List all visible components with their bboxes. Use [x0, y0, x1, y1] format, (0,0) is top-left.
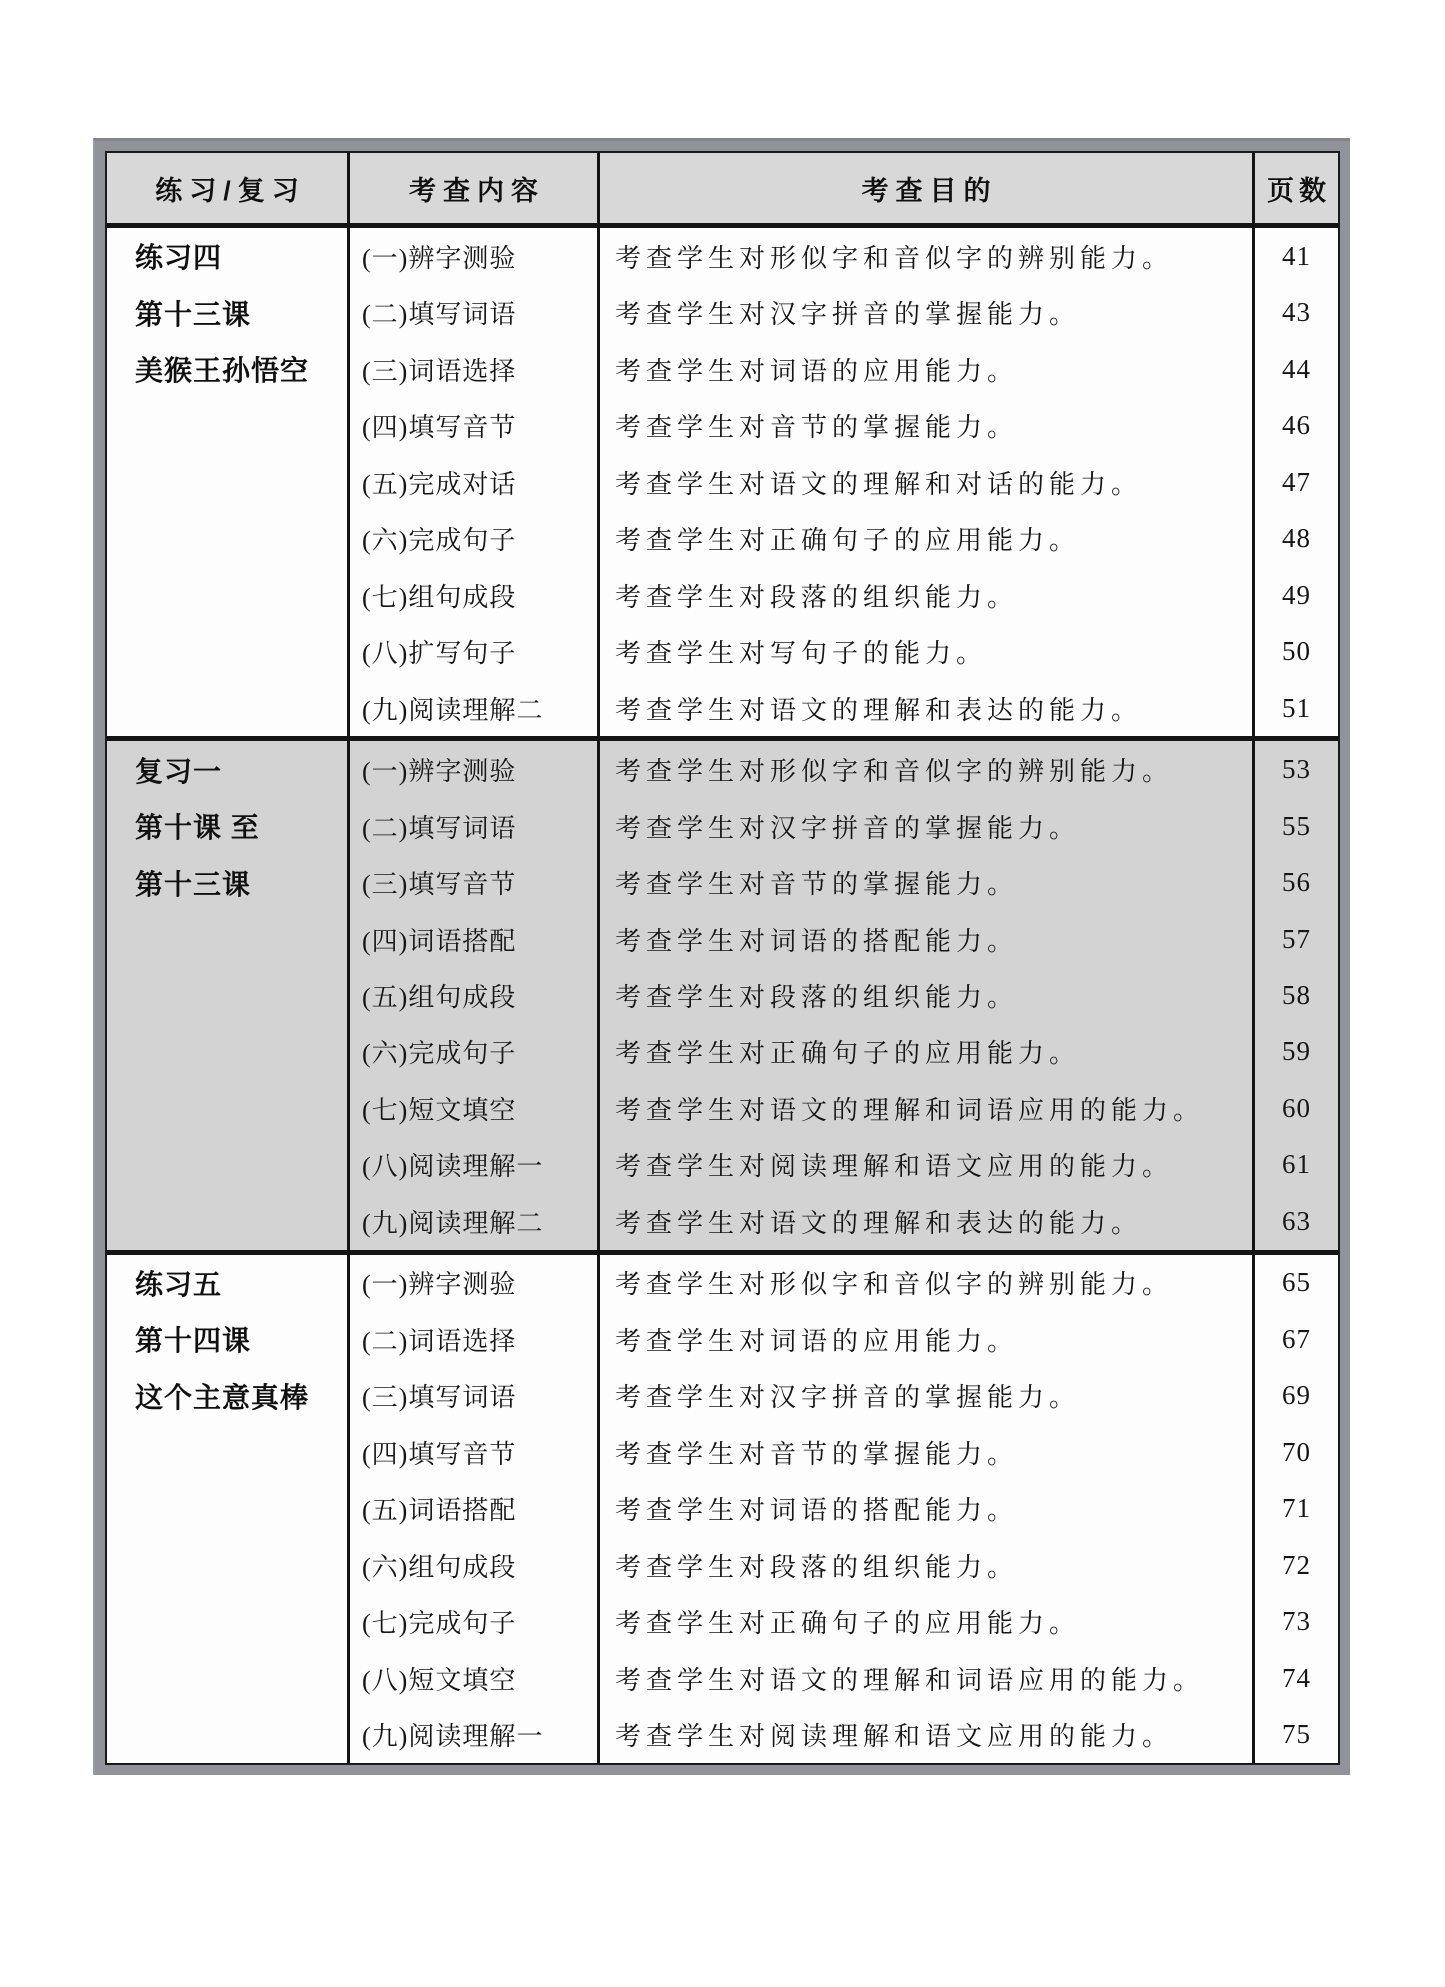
row-purpose: 考查学生对音节的掌握能力。	[600, 397, 1252, 453]
row-page: 69	[1255, 1368, 1338, 1424]
row-purpose: 考查学生对正确句子的应用能力。	[600, 1594, 1252, 1650]
scanned-book-page: 练习/复习 考查内容 考查目的 页数 练习四第十三课美猴王孙悟空 (一)辨字测验…	[0, 0, 1445, 1987]
row-content: (一)辨字测验	[350, 228, 597, 284]
section-title-line: 第十四课	[107, 1311, 347, 1367]
row-purpose: 考查学生对语文的理解和词语应用的能力。	[600, 1650, 1252, 1706]
row-content: (九)阅读理解一	[350, 1707, 597, 1763]
row-page: 71	[1255, 1481, 1338, 1537]
row-content: (九)阅读理解二	[350, 680, 597, 736]
table-body: 练习四第十三课美猴王孙悟空 (一)辨字测验(二)填写词语(三)词语选择(四)填写…	[107, 228, 1338, 1763]
row-purpose: 考查学生对语文的理解和对话的能力。	[600, 454, 1252, 510]
contents-table: 练习/复习 考查内容 考查目的 页数 练习四第十三课美猴王孙悟空 (一)辨字测验…	[105, 151, 1340, 1765]
row-page: 60	[1255, 1080, 1338, 1136]
row-content: (一)辨字测验	[350, 1255, 597, 1311]
table-section: 练习五第十四课这个主意真棒 (一)辨字测验(二)词语选择(三)填写词语(四)填写…	[107, 1250, 1338, 1763]
section-page-column: 656769707172737475	[1252, 1255, 1338, 1763]
row-content: (五)词语搭配	[350, 1481, 597, 1537]
section-title-line: 第十三课	[107, 284, 347, 340]
table-header-row: 练习/复习 考查内容 考查目的 页数	[107, 153, 1338, 228]
section-page-column: 414344464748495051	[1252, 228, 1338, 736]
section-title-line: 复习一	[107, 741, 347, 797]
table-section: 练习四第十三课美猴王孙悟空 (一)辨字测验(二)填写词语(三)词语选择(四)填写…	[107, 228, 1338, 736]
section-title-line: 练习五	[107, 1255, 347, 1311]
row-page: 73	[1255, 1594, 1338, 1650]
row-page: 48	[1255, 510, 1338, 566]
row-content: (五)完成对话	[350, 454, 597, 510]
row-page: 70	[1255, 1424, 1338, 1480]
row-purpose: 考查学生对形似字和音似字的辨别能力。	[600, 228, 1252, 284]
header-cell-test-content: 考查内容	[347, 153, 597, 223]
row-page: 75	[1255, 1707, 1338, 1763]
table-section: 复习一第十课 至第十三课 (一)辨字测验(二)填写词语(三)填写音节(四)词语搭…	[107, 736, 1338, 1249]
row-content: (八)阅读理解一	[350, 1137, 597, 1193]
row-purpose: 考查学生对汉字拼音的掌握能力。	[600, 284, 1252, 340]
row-content: (八)短文填空	[350, 1650, 597, 1706]
row-purpose: 考查学生对段落的组织能力。	[600, 967, 1252, 1023]
row-page: 59	[1255, 1024, 1338, 1080]
row-page: 47	[1255, 454, 1338, 510]
row-purpose: 考查学生对语文的理解和词语应用的能力。	[600, 1080, 1252, 1136]
header-cell-test-purpose: 考查目的	[597, 153, 1252, 223]
row-purpose: 考查学生对词语的搭配能力。	[600, 1481, 1252, 1537]
section-purpose-column: 考查学生对形似字和音似字的辨别能力。考查学生对词语的应用能力。考查学生对汉字拼音…	[597, 1255, 1252, 1763]
row-page: 63	[1255, 1193, 1338, 1249]
row-purpose: 考查学生对阅读理解和语文应用的能力。	[600, 1137, 1252, 1193]
section-title-line: 练习四	[107, 228, 347, 284]
row-content: (六)完成句子	[350, 510, 597, 566]
row-page: 57	[1255, 911, 1338, 967]
row-content: (七)组句成段	[350, 567, 597, 623]
row-content: (四)词语搭配	[350, 911, 597, 967]
row-content: (九)阅读理解二	[350, 1193, 597, 1249]
row-page: 56	[1255, 854, 1338, 910]
row-content: (六)完成句子	[350, 1024, 597, 1080]
row-purpose: 考查学生对形似字和音似字的辨别能力。	[600, 741, 1252, 797]
section-page-column: 535556575859606163	[1252, 741, 1338, 1249]
header-cell-exercise-review: 练习/复习	[107, 153, 347, 223]
row-page: 41	[1255, 228, 1338, 284]
section-title-line: 第十课 至	[107, 798, 347, 854]
row-content: (八)扩写句子	[350, 623, 597, 679]
row-page: 46	[1255, 397, 1338, 453]
section-content-column: (一)辨字测验(二)填写词语(三)填写音节(四)词语搭配(五)组句成段(六)完成…	[347, 741, 597, 1249]
row-content: (二)词语选择	[350, 1311, 597, 1367]
row-purpose: 考查学生对音节的掌握能力。	[600, 1424, 1252, 1480]
row-purpose: 考查学生对词语的应用能力。	[600, 1311, 1252, 1367]
row-content: (一)辨字测验	[350, 741, 597, 797]
row-page: 43	[1255, 284, 1338, 340]
row-page: 74	[1255, 1650, 1338, 1706]
row-purpose: 考查学生对音节的掌握能力。	[600, 854, 1252, 910]
row-page: 55	[1255, 798, 1338, 854]
row-content: (三)词语选择	[350, 341, 597, 397]
section-title-cell: 练习五第十四课这个主意真棒	[107, 1255, 347, 1763]
section-title-line: 这个主意真棒	[107, 1368, 347, 1424]
section-content-column: (一)辨字测验(二)词语选择(三)填写词语(四)填写音节(五)词语搭配(六)组句…	[347, 1255, 597, 1763]
row-page: 65	[1255, 1255, 1338, 1311]
header-cell-page-number: 页数	[1252, 153, 1338, 223]
row-page: 61	[1255, 1137, 1338, 1193]
row-content: (四)填写音节	[350, 397, 597, 453]
row-page: 53	[1255, 741, 1338, 797]
section-title-cell: 复习一第十课 至第十三课	[107, 741, 347, 1249]
row-content: (五)组句成段	[350, 967, 597, 1023]
row-content: (三)填写词语	[350, 1368, 597, 1424]
section-content-column: (一)辨字测验(二)填写词语(三)词语选择(四)填写音节(五)完成对话(六)完成…	[347, 228, 597, 736]
row-purpose: 考查学生对语文的理解和表达的能力。	[600, 1193, 1252, 1249]
row-page: 72	[1255, 1537, 1338, 1593]
row-page: 67	[1255, 1311, 1338, 1367]
row-content: (四)填写音节	[350, 1424, 597, 1480]
row-purpose: 考查学生对汉字拼音的掌握能力。	[600, 798, 1252, 854]
row-page: 49	[1255, 567, 1338, 623]
row-page: 50	[1255, 623, 1338, 679]
row-page: 58	[1255, 967, 1338, 1023]
row-purpose: 考查学生对形似字和音似字的辨别能力。	[600, 1255, 1252, 1311]
row-purpose: 考查学生对正确句子的应用能力。	[600, 510, 1252, 566]
row-page: 51	[1255, 680, 1338, 736]
row-purpose: 考查学生对写句子的能力。	[600, 623, 1252, 679]
section-title-cell: 练习四第十三课美猴王孙悟空	[107, 228, 347, 736]
section-title-line: 第十三课	[107, 854, 347, 910]
row-content: (二)填写词语	[350, 798, 597, 854]
section-purpose-column: 考查学生对形似字和音似字的辨别能力。考查学生对汉字拼音的掌握能力。考查学生对词语…	[597, 228, 1252, 736]
row-purpose: 考查学生对正确句子的应用能力。	[600, 1024, 1252, 1080]
row-page: 44	[1255, 341, 1338, 397]
row-content: (二)填写词语	[350, 284, 597, 340]
contents-table-frame: 练习/复习 考查内容 考查目的 页数 练习四第十三课美猴王孙悟空 (一)辨字测验…	[93, 138, 1350, 1775]
row-content: (七)完成句子	[350, 1594, 597, 1650]
section-purpose-column: 考查学生对形似字和音似字的辨别能力。考查学生对汉字拼音的掌握能力。考查学生对音节…	[597, 741, 1252, 1249]
row-purpose: 考查学生对词语的搭配能力。	[600, 911, 1252, 967]
section-title-line: 美猴王孙悟空	[107, 341, 347, 397]
row-purpose: 考查学生对阅读理解和语文应用的能力。	[600, 1707, 1252, 1763]
row-content: (三)填写音节	[350, 854, 597, 910]
row-content: (六)组句成段	[350, 1537, 597, 1593]
row-purpose: 考查学生对汉字拼音的掌握能力。	[600, 1368, 1252, 1424]
row-purpose: 考查学生对段落的组织能力。	[600, 567, 1252, 623]
row-purpose: 考查学生对段落的组织能力。	[600, 1537, 1252, 1593]
row-purpose: 考查学生对语文的理解和表达的能力。	[600, 680, 1252, 736]
row-content: (七)短文填空	[350, 1080, 597, 1136]
row-purpose: 考查学生对词语的应用能力。	[600, 341, 1252, 397]
